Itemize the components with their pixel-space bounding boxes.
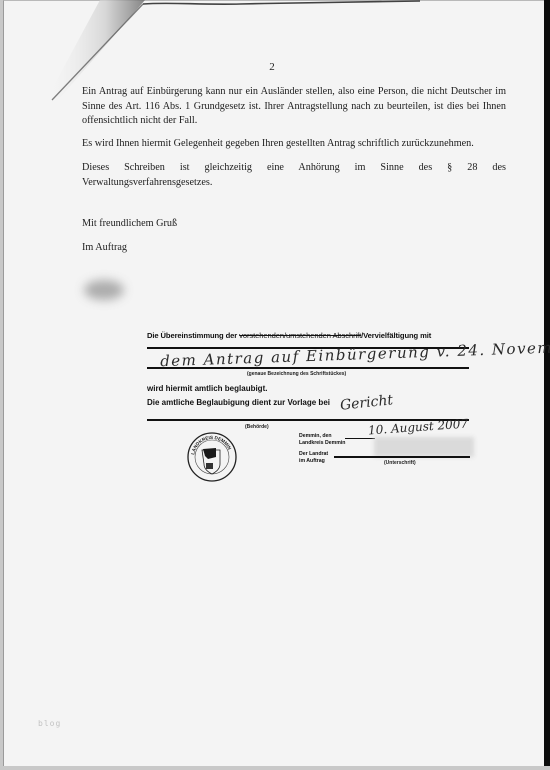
paragraph-eligibility: Ein Antrag auf Einbürgerung kann nur ein… bbox=[82, 85, 506, 129]
rule-signature bbox=[334, 456, 470, 458]
signature-caption: (Unterschrift) bbox=[384, 460, 416, 466]
paragraph-hearing: Dieses Schreiben ist gleichzeitig eine A… bbox=[82, 161, 506, 190]
purpose-line: Die amtliche Beglaubigung dient zur Vorl… bbox=[147, 398, 330, 407]
watermark: blog bbox=[38, 719, 61, 728]
certification-heading: Die Übereinstimmung der vorstehenden/ums… bbox=[147, 331, 431, 340]
scan-edge-bottom bbox=[0, 766, 550, 770]
redacted-name bbox=[374, 437, 474, 457]
page-number: 2 bbox=[0, 61, 544, 73]
paragraph-hearing-line1: Dieses Schreiben ist gleichzeitig eine A… bbox=[82, 161, 506, 176]
scan-edge-right bbox=[544, 0, 550, 770]
redacted-signature bbox=[84, 280, 124, 300]
subject-caption: (genaue Bezeichnung des Schriftstückes) bbox=[247, 371, 346, 377]
rule-subject bbox=[147, 367, 469, 369]
official-seal: LANDKREIS DEMMIN bbox=[186, 430, 238, 484]
confirm-line: wird hiermit amtlich beglaubigt. bbox=[147, 384, 267, 393]
paragraph-withdrawal: Es wird Ihnen hiermit Gelegenheit gegebe… bbox=[82, 137, 506, 152]
on-behalf-label: Im Auftrag bbox=[82, 241, 506, 256]
official-label: Der Landrat im Auftrag bbox=[299, 451, 328, 464]
paragraph-hearing-line2: Verwaltungsverfahrensgesetzes. bbox=[82, 177, 212, 188]
place-date-label: Demmin, den Landkreis Demmin bbox=[299, 433, 345, 446]
closing-greeting: Mit freundlichem Gruß bbox=[82, 217, 506, 232]
struck-text: vorstehenden/umstehenden Abschrift bbox=[239, 331, 361, 340]
rule-date bbox=[345, 438, 375, 439]
authority-caption: (Behörde) bbox=[245, 424, 269, 430]
